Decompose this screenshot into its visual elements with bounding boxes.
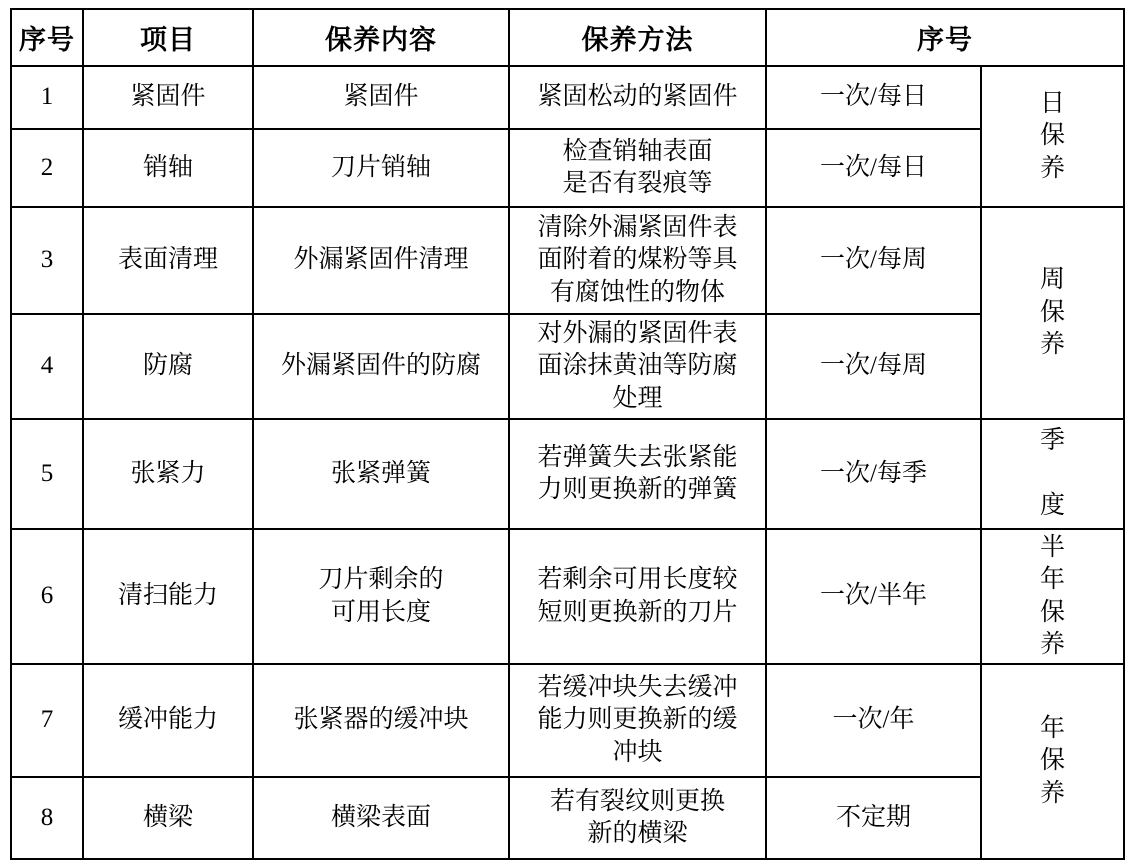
row4-method: 对外漏的紧固件表 面涂抹黄油等防腐 处理 xyxy=(509,314,766,419)
header-no: 序号 xyxy=(11,9,83,66)
header-item: 项目 xyxy=(83,9,253,66)
table-row-3: 3 表面清理 外漏紧固件清理 清除外漏紧固件表 面附着的煤粉等具 有腐蚀性的物体… xyxy=(11,207,1124,314)
row3-content: 外漏紧固件清理 xyxy=(253,207,509,314)
row6-method: 若剩余可用长度较 短则更换新的刀片 xyxy=(509,529,766,664)
row2-item: 销轴 xyxy=(83,129,253,207)
row6-item: 清扫能力 xyxy=(83,529,253,664)
table-row-7: 7 缓冲能力 张紧器的缓冲块 若缓冲块失去缓冲 能力则更换新的缓 冲块 一次/年… xyxy=(11,664,1124,777)
table-row-8: 8 横梁 横梁表面 若有裂纹则更换 新的横梁 不定期 xyxy=(11,777,1124,859)
row3-item: 表面清理 xyxy=(83,207,253,314)
row6-content: 刀片剩余的 可用长度 xyxy=(253,529,509,664)
row8-frequency: 不定期 xyxy=(766,777,981,859)
row1-item: 紧固件 xyxy=(83,66,253,129)
row4-content: 外漏紧固件的防腐 xyxy=(253,314,509,419)
row6-no: 6 xyxy=(11,529,83,664)
row7-frequency: 一次/年 xyxy=(766,664,981,777)
row4-no: 4 xyxy=(11,314,83,419)
row8-no: 8 xyxy=(11,777,83,859)
header-row: 序号 项目 保养内容 保养方法 序号 xyxy=(11,9,1124,66)
row2-content: 刀片销轴 xyxy=(253,129,509,207)
table-row-1: 1 紧固件 紧固件 紧固松动的紧固件 一次/每日 日 保 养 xyxy=(11,66,1124,129)
row2-frequency: 一次/每日 xyxy=(766,129,981,207)
cycle-cell-quarterly: 季 度 xyxy=(981,419,1124,529)
maintenance-schedule-table: 序号 项目 保养内容 保养方法 序号 1 紧固件 紧固件 紧固松动的紧固件 一次… xyxy=(10,8,1125,860)
row3-no: 3 xyxy=(11,207,83,314)
row4-item: 防腐 xyxy=(83,314,253,419)
cycle-cell-yearly: 年 保 养 xyxy=(981,664,1124,859)
row8-content: 横梁表面 xyxy=(253,777,509,859)
row5-item: 张紧力 xyxy=(83,419,253,529)
row5-method: 若弹簧失去张紧能 力则更换新的弹簧 xyxy=(509,419,766,529)
row5-content: 张紧弹簧 xyxy=(253,419,509,529)
row5-frequency: 一次/每季 xyxy=(766,419,981,529)
table-row-2: 2 销轴 刀片销轴 检查销轴表面 是否有裂痕等 一次/每日 xyxy=(11,129,1124,207)
row8-item: 横梁 xyxy=(83,777,253,859)
row4-frequency: 一次/每周 xyxy=(766,314,981,419)
cycle-cell-daily: 日 保 养 xyxy=(981,66,1124,207)
header-content: 保养内容 xyxy=(253,9,509,66)
row5-no: 5 xyxy=(11,419,83,529)
cycle-cell-halfyear: 半 年 保 养 xyxy=(981,529,1124,664)
row1-content: 紧固件 xyxy=(253,66,509,129)
row8-method: 若有裂纹则更换 新的横梁 xyxy=(509,777,766,859)
cycle-cell-weekly: 周 保 养 xyxy=(981,207,1124,419)
table-row-6: 6 清扫能力 刀片剩余的 可用长度 若剩余可用长度较 短则更换新的刀片 一次/半… xyxy=(11,529,1124,664)
header-cycle: 序号 xyxy=(766,9,1124,66)
row3-frequency: 一次/每周 xyxy=(766,207,981,314)
row7-no: 7 xyxy=(11,664,83,777)
row6-frequency: 一次/半年 xyxy=(766,529,981,664)
row1-frequency: 一次/每日 xyxy=(766,66,981,129)
row7-item: 缓冲能力 xyxy=(83,664,253,777)
header-method: 保养方法 xyxy=(509,9,766,66)
row2-method: 检查销轴表面 是否有裂痕等 xyxy=(509,129,766,207)
row2-no: 2 xyxy=(11,129,83,207)
document-page: 序号 项目 保养内容 保养方法 序号 1 紧固件 紧固件 紧固松动的紧固件 一次… xyxy=(0,0,1133,867)
row1-no: 1 xyxy=(11,66,83,129)
table-row-5: 5 张紧力 张紧弹簧 若弹簧失去张紧能 力则更换新的弹簧 一次/每季 季 度 xyxy=(11,419,1124,529)
row1-method: 紧固松动的紧固件 xyxy=(509,66,766,129)
row7-content: 张紧器的缓冲块 xyxy=(253,664,509,777)
table-row-4: 4 防腐 外漏紧固件的防腐 对外漏的紧固件表 面涂抹黄油等防腐 处理 一次/每周 xyxy=(11,314,1124,419)
row7-method: 若缓冲块失去缓冲 能力则更换新的缓 冲块 xyxy=(509,664,766,777)
row3-method: 清除外漏紧固件表 面附着的煤粉等具 有腐蚀性的物体 xyxy=(509,207,766,314)
